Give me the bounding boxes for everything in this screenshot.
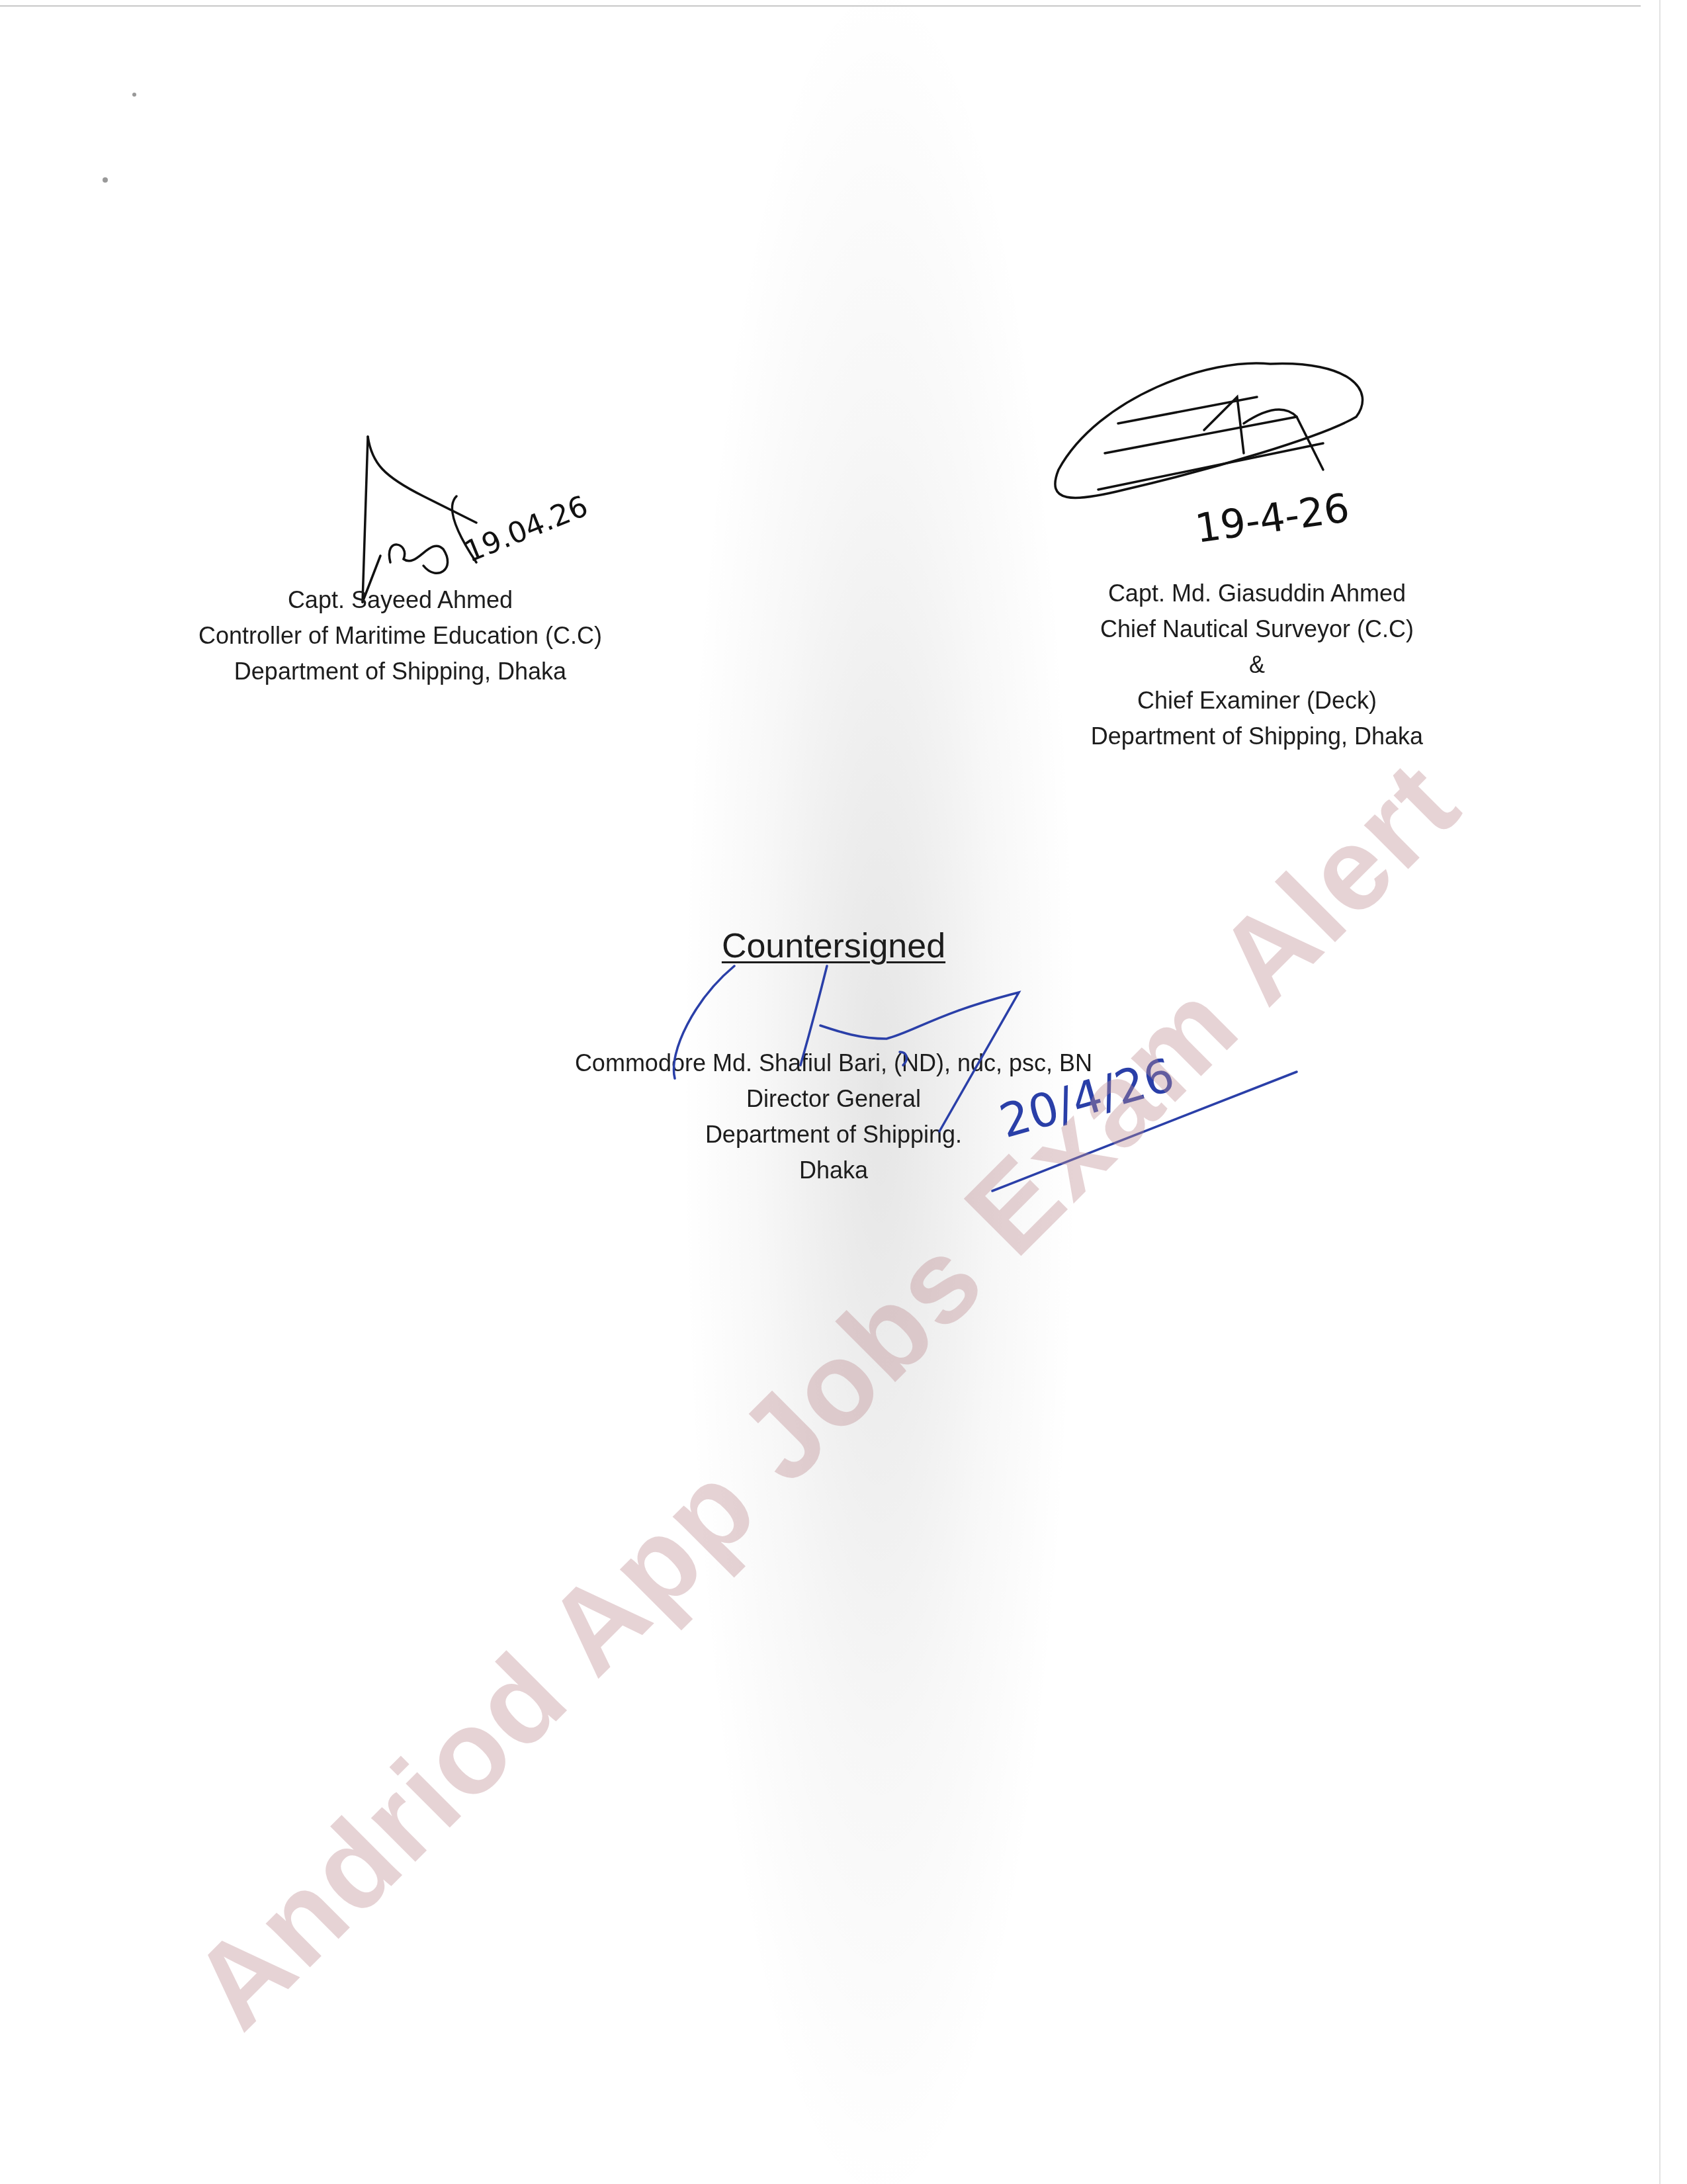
signatory-left-name: Capt. Sayeed Ahmed bbox=[159, 582, 642, 618]
page-edge-right bbox=[1659, 0, 1661, 2184]
scan-speck bbox=[103, 177, 108, 183]
signatory-left-office: Department of Shipping, Dhaka bbox=[159, 654, 642, 689]
signatory-left-title: Controller of Maritime Education (C.C) bbox=[159, 618, 642, 654]
signatory-right-conjunction: & bbox=[1032, 647, 1482, 683]
signatory-left: Capt. Sayeed Ahmed Controller of Maritim… bbox=[159, 582, 642, 689]
signature-left: 19.04.26 bbox=[344, 423, 635, 609]
document-page: 19.04.26 19-4-26 Capt. Sayeed Ahmed Cont… bbox=[0, 0, 1687, 2184]
page-edge-top bbox=[0, 5, 1641, 7]
handwritten-date-right: 19-4-26 bbox=[1192, 485, 1352, 552]
handwritten-date-left: 19.04.26 bbox=[460, 490, 593, 570]
signatory-right-title: Chief Nautical Surveyor (C.C) bbox=[1032, 611, 1482, 647]
signature-right: 19-4-26 bbox=[1045, 344, 1442, 569]
scan-speck bbox=[132, 93, 136, 97]
signatory-right-name: Capt. Md. Giasuddin Ahmed bbox=[1032, 576, 1482, 611]
